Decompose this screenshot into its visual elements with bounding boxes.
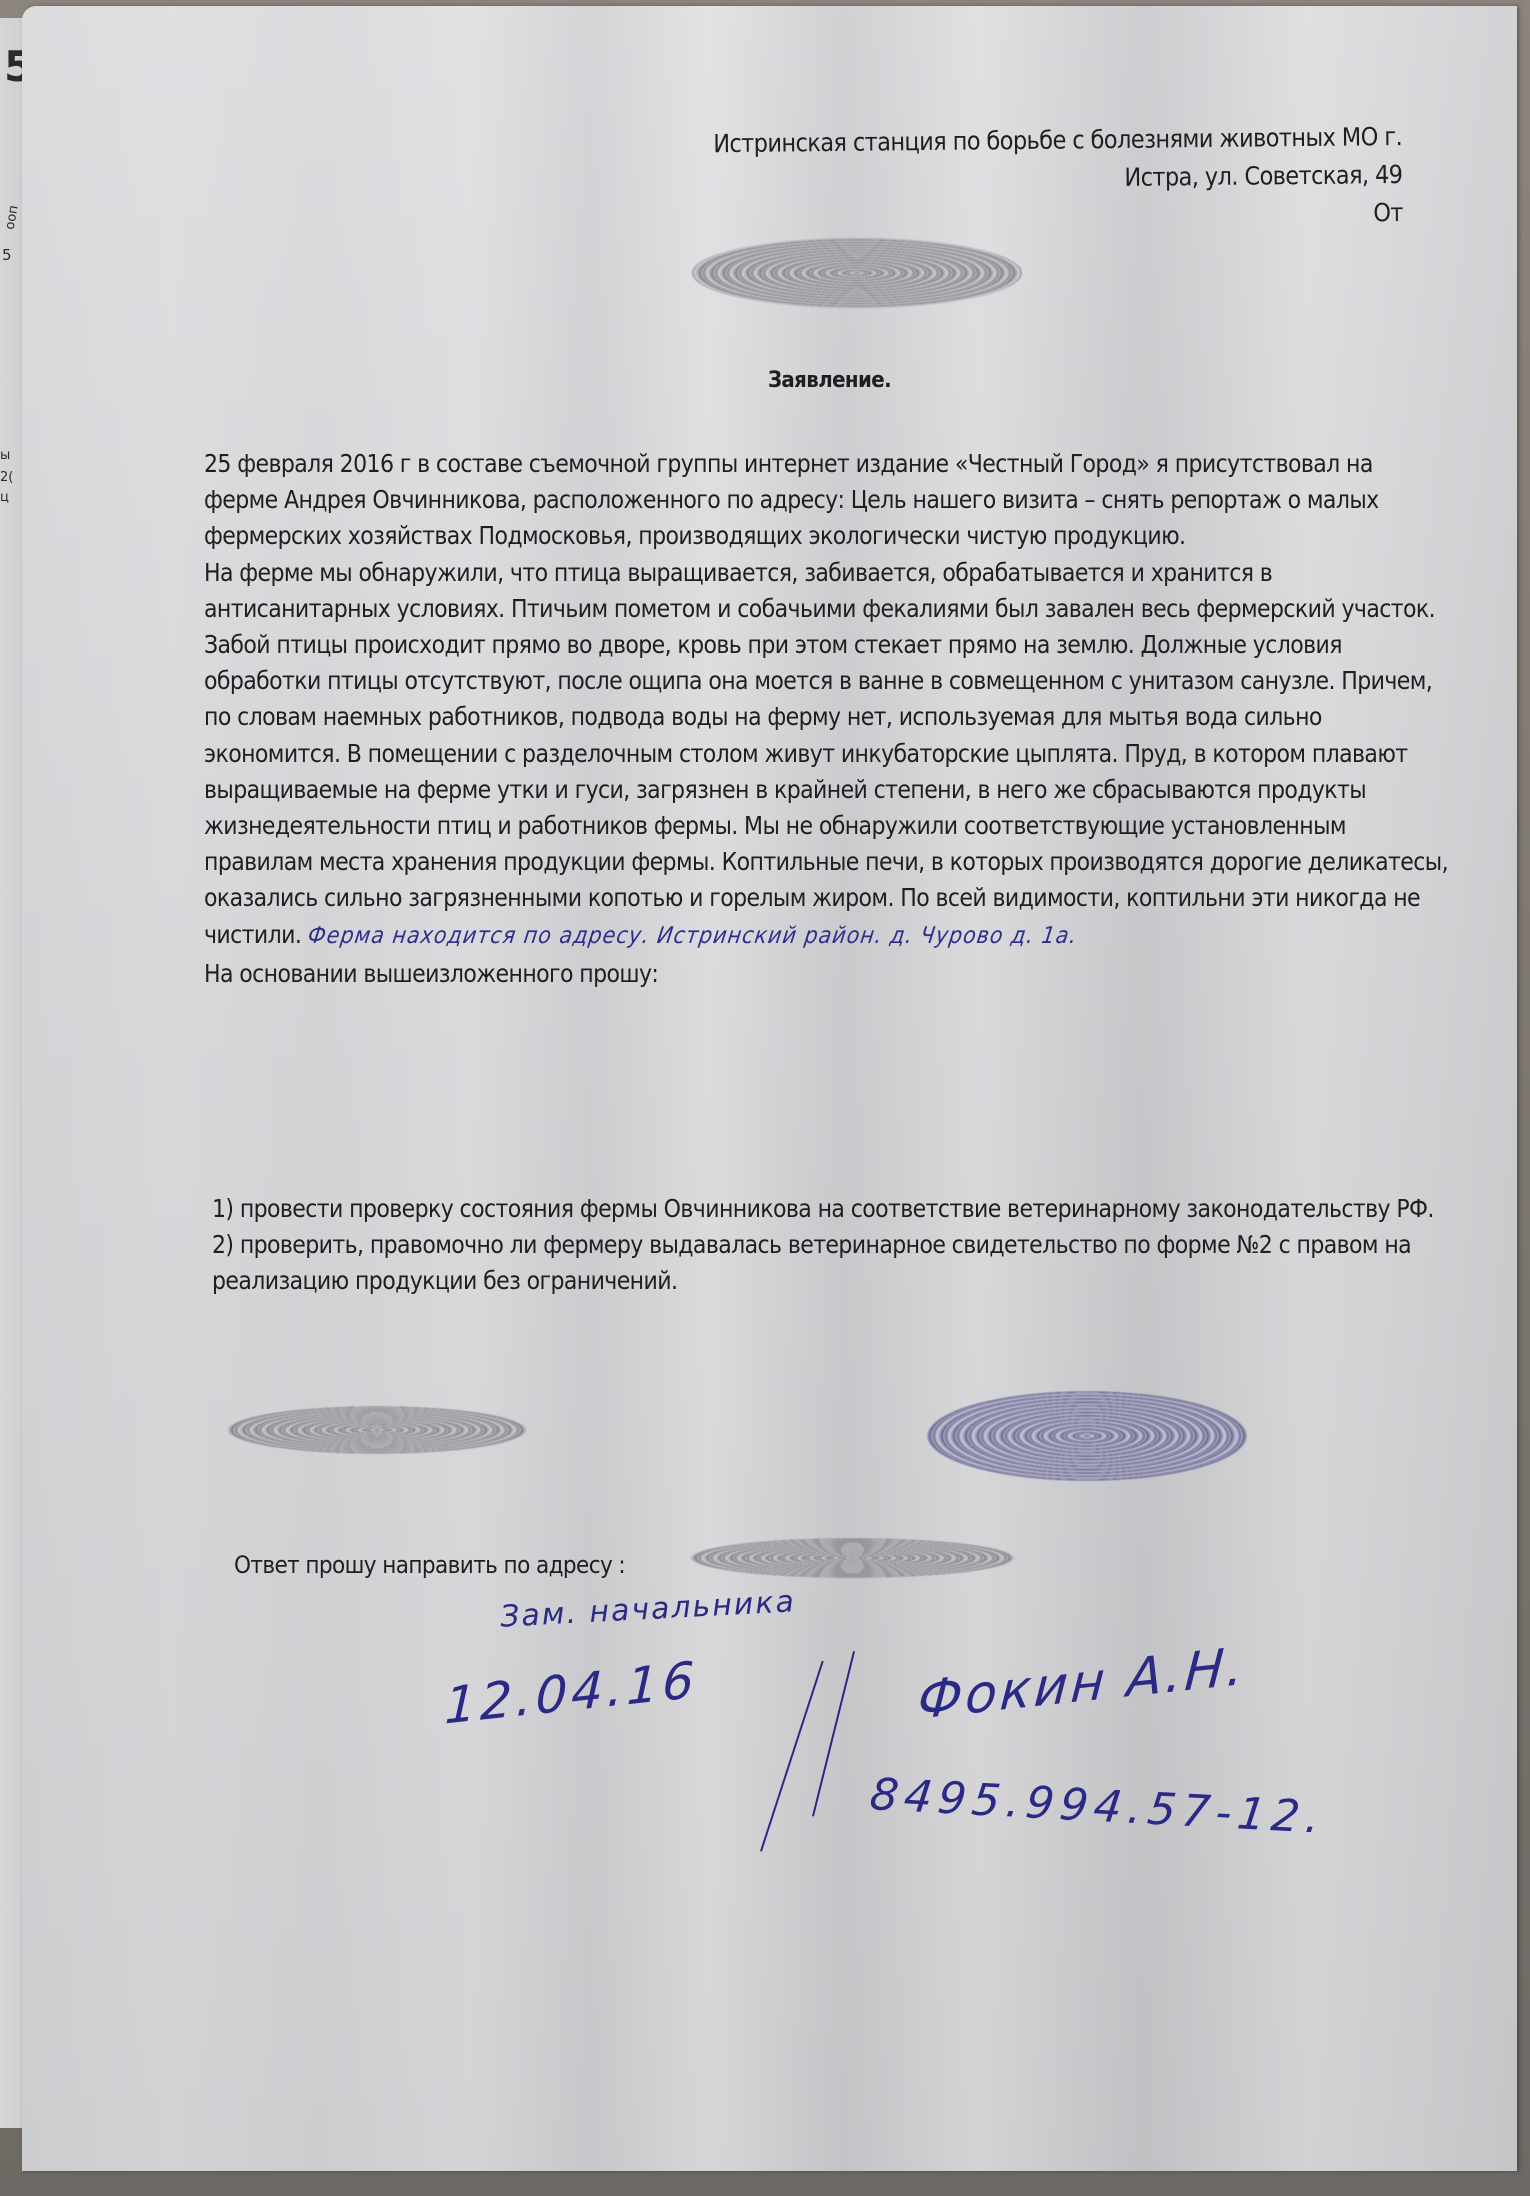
- handwritten-phone: 8495.994.57-12.: [867, 1769, 1328, 1844]
- recipient-header: Истринская станция по борьбе с болезнями…: [713, 118, 1403, 239]
- request-item: 2) проверить, правомочно ли фермеру выда…: [212, 1227, 1452, 1299]
- paragraph-intro: 25 февраля 2016 г в составе съемочной гр…: [204, 446, 1449, 555]
- redacted-sender: [692, 238, 1022, 308]
- photo-scene: 5 ооп 5 ы 2( ц Истринская станция по бор…: [0, 0, 1530, 2196]
- reply-label: Ответ прошу направить по адресу :: [234, 1551, 625, 1579]
- document-sheet: Истринская станция по борьбе с болезнями…: [22, 6, 1517, 2171]
- underpage-mark: ы: [0, 448, 10, 463]
- paragraph-findings: На ферме мы обнаружили, что птица выращи…: [204, 555, 1449, 954]
- redacted-reply-address: [690, 1538, 1015, 1578]
- from-label: От: [714, 194, 1403, 239]
- redacted-signature-right: [927, 1391, 1247, 1481]
- underpage-mark: ц: [0, 490, 9, 505]
- underpage-mark: 2(: [0, 470, 13, 485]
- request-item: 1) провести проверку состояния фермы Овч…: [212, 1191, 1452, 1227]
- handwritten-name: Фокин А.Н.: [916, 1636, 1248, 1731]
- handwritten-date: 12.04.16: [444, 1650, 699, 1735]
- request-intro: На основании вышеизложенного прошу:: [204, 956, 1449, 992]
- recipient-line-2: Истра, ул. Советская, 49: [714, 156, 1403, 201]
- underpage-mark: 5: [2, 246, 12, 264]
- handwritten-address-note: Ферма находится по адресу. Истринский ра…: [305, 918, 1079, 954]
- requests-list: 1) провести проверку состояния фермы Овч…: [212, 1191, 1452, 1299]
- reply-address-row: Ответ прошу направить по адресу :: [234, 1551, 625, 1579]
- handwritten-position: Зам. начальника: [499, 1584, 796, 1634]
- document-body: 25 февраля 2016 г в составе съемочной гр…: [204, 446, 1449, 992]
- signature-stroke: [760, 1661, 824, 1852]
- underpage-mark: ооп: [3, 204, 22, 231]
- paragraph-findings-text: На ферме мы обнаружили, что птица выращи…: [204, 558, 1448, 949]
- redacted-signature-left: [227, 1406, 527, 1454]
- document-title: Заявление.: [22, 368, 1517, 393]
